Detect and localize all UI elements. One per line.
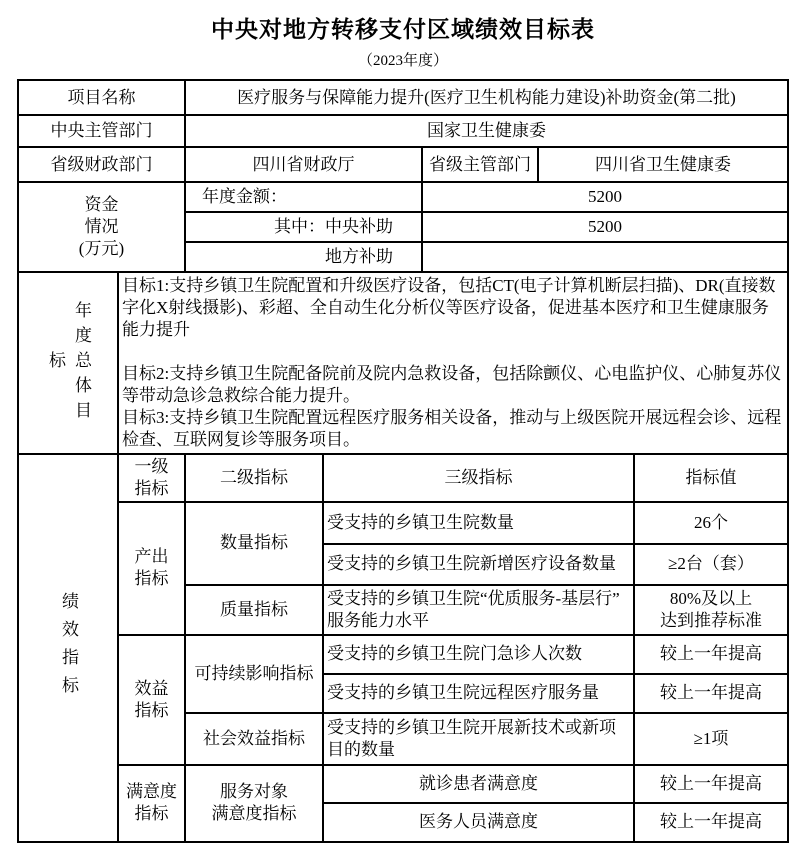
funding-local-value [422,242,788,272]
prov-finance-label: 省级财政部门 [18,147,185,182]
indicator-new-tech: 受支持的乡镇卫生院开展新技术或新项目的数量 [323,713,634,765]
perf-header-level3: 三级指标 [323,454,634,502]
project-name-value: 医疗服务与保障能力提升(医疗卫生机构能力建设)补助资金(第二批) [185,80,788,115]
indicator-staff-satisfaction: 医务人员满意度 [323,803,634,842]
perf-side-label: 绩效指标 [18,454,118,842]
funding-local-label: 地方补助 [185,242,422,272]
annual-goal-label-text: 年度总体目标 [42,296,94,431]
central-dept-label: 中央主管部门 [18,115,185,147]
row-provincial-depts: 省级财政部门 四川省财政厅 省级主管部门 四川省卫生健康委 [18,147,788,182]
project-name-label: 项目名称 [18,80,185,115]
value-service-capacity: 80%及以上 达到推荐标准 [634,585,788,635]
row-indicator-hospital-count: 产出 指标 数量指标 受支持的乡镇卫生院数量 26个 [18,502,788,544]
row-annual-goal: 年度总体目标 目标1:支持乡镇卫生院配置和升级医疗设备，包括CT(电子计算机断层… [18,272,788,454]
value-outpatient-visits: 较上一年提高 [634,635,788,674]
indicator-patient-satisfaction: 就诊患者满意度 [323,765,634,803]
page-subtitle: （2023年度） [0,49,806,70]
perf-l1-output: 产出 指标 [118,502,185,635]
performance-target-table: 项目名称 医疗服务与保障能力提升(医疗卫生机构能力建设)补助资金(第二批) 中央… [17,79,789,843]
perf-l2-sustainability: 可持续影响指标 [185,635,323,713]
perf-side-label-text: 绩效指标 [54,592,82,704]
value-patient-satisfaction: 较上一年提高 [634,765,788,803]
value-telemedicine: 较上一年提高 [634,674,788,713]
funding-central-value: 5200 [422,212,788,242]
page-title: 中央对地方转移支付区域绩效目标表 [0,11,806,44]
value-new-equipment: ≥2台（套） [634,544,788,585]
annual-goal-text: 目标1:支持乡镇卫生院配置和升级医疗设备，包括CT(电子计算机断层扫描)、DR(… [118,272,788,454]
prov-finance-value: 四川省财政厅 [185,147,422,182]
value-new-tech: ≥1项 [634,713,788,765]
indicator-telemedicine: 受支持的乡镇卫生院远程医疗服务量 [323,674,634,713]
perf-l2-quality: 质量指标 [185,585,323,635]
perf-l2-quantity: 数量指标 [185,502,323,585]
value-hospital-count: 26个 [634,502,788,544]
perf-l2-service-target: 服务对象 满意度指标 [185,765,323,842]
row-central-dept: 中央主管部门 国家卫生健康委 [18,115,788,147]
value-staff-satisfaction: 较上一年提高 [634,803,788,842]
central-dept-value: 国家卫生健康委 [185,115,788,147]
funding-central-label: 其中：中央补助 [185,212,422,242]
row-perf-header: 绩效指标 一级 指标 二级指标 三级指标 指标值 [18,454,788,502]
funding-label: 资金 情况 (万元) [18,182,185,272]
row-indicator-outpatient-visits: 效益 指标 可持续影响指标 受支持的乡镇卫生院门急诊人次数 较上一年提高 [18,635,788,674]
perf-header-value: 指标值 [634,454,788,502]
row-project-name: 项目名称 医疗服务与保障能力提升(医疗卫生机构能力建设)补助资金(第二批) [18,80,788,115]
indicator-hospital-count: 受支持的乡镇卫生院数量 [323,502,634,544]
row-indicator-patient-satisfaction: 满意度 指标 服务对象 满意度指标 就诊患者满意度 较上一年提高 [18,765,788,803]
perf-l1-benefit: 效益 指标 [118,635,185,765]
indicator-outpatient-visits: 受支持的乡镇卫生院门急诊人次数 [323,635,634,674]
indicator-new-equipment: 受支持的乡镇卫生院新增医疗设备数量 [323,544,634,585]
row-funding-annual: 资金 情况 (万元) 年度金额： 5200 [18,182,788,212]
prov-dept-label: 省级主管部门 [422,147,538,182]
perf-header-level1: 一级 指标 [118,454,185,502]
indicator-service-capacity: 受支持的乡镇卫生院“优质服务-基层行”服务能力水平 [323,585,634,635]
perf-l2-social-benefit: 社会效益指标 [185,713,323,765]
perf-l1-satisfaction: 满意度 指标 [118,765,185,842]
perf-header-level2: 二级指标 [185,454,323,502]
prov-dept-value: 四川省卫生健康委 [538,147,788,182]
funding-annual-label: 年度金额： [185,182,422,212]
annual-goal-label: 年度总体目标 [18,272,118,454]
funding-annual-value: 5200 [422,182,788,212]
